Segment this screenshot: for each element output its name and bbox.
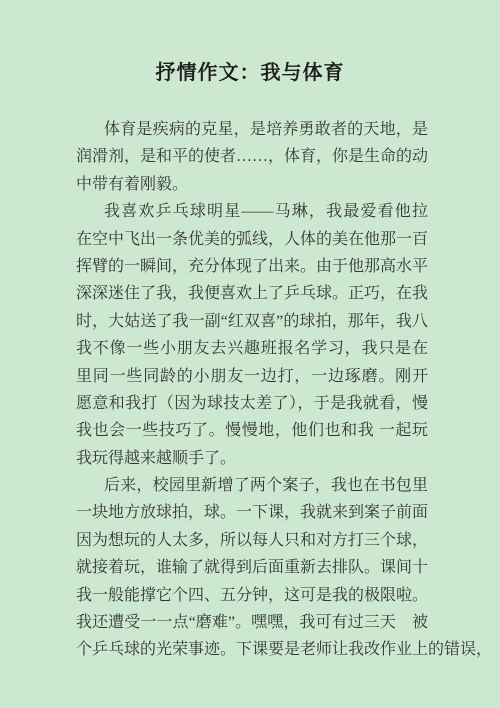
text-line: 个乒乓球的光荣事迹。下课要是老师让我改作业上的错误， [76, 636, 428, 663]
text-line: 我也会一些技巧了。慢慢地，他们也和我 一起玩了，并且， [76, 417, 428, 444]
text-line: 我还遭受一一点“磨难”。嘿嘿，我可有过三天 被没收两 [76, 609, 428, 636]
text-line: 我一般能撑它个四、五分钟，这可是我的极限啦。为此， [76, 582, 428, 609]
text-line: 我玩得越来越顺手了。 [76, 445, 428, 472]
text-line: 愿意和我打（因为球技太差了），于是我就看，慢慢地， [76, 390, 428, 417]
essay-page: 抒情作文：我与体育 体育是疾病的克星，是培养勇敢者的天地，是家庭的润滑剂，是和平… [0, 0, 500, 708]
paragraph: 体育是疾病的克星，是培养勇敢者的天地，是家庭的润滑剂，是和平的使者……，体育，你… [76, 116, 428, 198]
paragraph: 后来，校园里新增了两个案子，我也在书包里准备了一块地方放球拍，球。一下课，我就来… [76, 472, 428, 664]
paragraph: 我喜欢乒乓球明星——马琳，我最爱看他拉球，那球在空中飞出一条优美的弧线，人体的美… [76, 198, 428, 472]
text-line: 一块地方放球拍，球。一下课，我就来到案子前面排队， [76, 499, 428, 526]
text-line: 里同一些同龄的小朋友一边打，一边琢磨。刚开始，没人 [76, 363, 428, 390]
page-title: 抒情作文：我与体育 [0, 0, 500, 88]
text-line: 中带有着刚毅。 [76, 171, 428, 198]
text-line: 润滑剂，是和平的使者……，体育，你是生命的动力，柔 [76, 143, 428, 170]
text-line: 时，大姑送了我一副“红双喜”的球拍，那年，我八岁。 [76, 308, 428, 335]
text-line: 挥臂的一瞬间，充分体现了出来。由于他那高水平的球 技 [76, 253, 428, 280]
text-line: 在空中飞出一条优美的弧线，人体的美在他那一百八十度 [76, 226, 428, 253]
text-line: 我不像一些小朋友去兴趣班报名学习，我只是在 社区花园 [76, 335, 428, 362]
text-line: 因为想玩的人太多，所以每人只和对方打三个球，谁赢 了 [76, 527, 428, 554]
text-line: 后来，校园里新增了两个案子，我也在书包里准备了 [76, 472, 428, 499]
essay-body: 体育是疾病的克星，是培养勇敢者的天地，是家庭的润滑剂，是和平的使者……，体育，你… [0, 116, 500, 664]
text-line: 深深迷住了我，我便喜欢上了乒乓球。正巧，在我过生日 [76, 280, 428, 307]
text-line: 体育是疾病的克星，是培养勇敢者的天地，是家庭的 [76, 116, 428, 143]
text-line: 我喜欢乒乓球明星——马琳，我最爱看他拉球，那球 [76, 198, 428, 225]
text-line: 就接着玩，谁输了就得到后面重新去排队。课间十分钟， [76, 554, 428, 581]
